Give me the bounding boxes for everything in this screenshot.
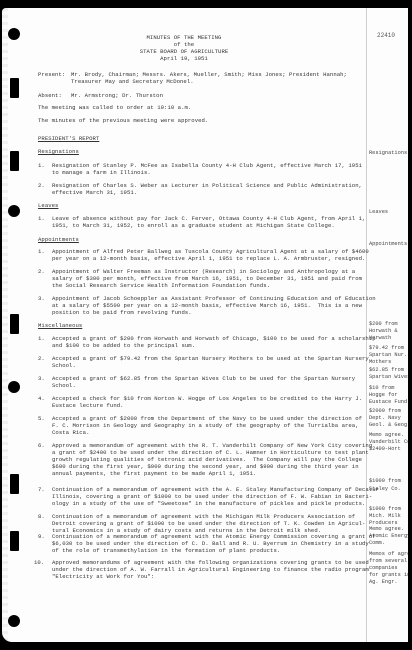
leaves-heading: Leaves xyxy=(38,202,58,209)
absent-text: Mr. Armstrong; Dr. Thurston xyxy=(71,92,163,99)
item-number: 2. xyxy=(38,355,45,362)
miscellaneous-heading: Miscellaneous xyxy=(38,322,82,329)
margin-note: companies xyxy=(369,565,398,572)
punch-slot-icon xyxy=(10,314,19,334)
meeting-date: April 19, 1951 xyxy=(2,55,366,62)
margin-note: Memo agree. xyxy=(369,432,404,439)
margin-note: Horwath & xyxy=(369,328,398,335)
margin-note: for grants in xyxy=(369,572,408,579)
item-number: 5. xyxy=(38,415,45,422)
item-number: 2. xyxy=(38,268,45,275)
document-page: 22410 MINUTES OF THE MEETING of the STAT… xyxy=(2,8,408,642)
margin-note: from several xyxy=(369,558,407,565)
punch-slot-icon xyxy=(10,474,19,494)
item-number: 9. xyxy=(38,533,45,540)
item-number: 1. xyxy=(38,215,45,222)
item-text: to manage a farm in Illinois. xyxy=(52,169,151,176)
margin-note-leaves: Leaves xyxy=(369,209,388,216)
margin-note: Mothers xyxy=(369,359,391,366)
item-number: 1. xyxy=(38,248,45,255)
punch-slot-icon xyxy=(10,78,19,98)
item-text: School. xyxy=(52,362,76,369)
margin-note: $2400-Hort xyxy=(369,446,401,453)
margin-note: Horwath xyxy=(369,335,391,342)
item-text: effective March 31, 1951. xyxy=(52,189,137,196)
item-text: Accepted a grant of $62.85 from the Spar… xyxy=(52,375,355,382)
item-text: F. C. Morrison in Geology and Geography … xyxy=(52,422,359,429)
item-text: School. xyxy=(52,382,76,389)
absent-label: Absent: xyxy=(38,92,62,99)
page-number: 22410 xyxy=(377,32,395,39)
item-number: 1. xyxy=(38,335,45,342)
minutes-approved: The minutes of the previous meeting were… xyxy=(38,117,208,124)
resignations-heading: Resignations xyxy=(38,148,79,155)
item-number: 7. xyxy=(38,486,45,493)
item-text: and $100 to be added to the principal su… xyxy=(52,342,195,349)
margin-note: $200 from xyxy=(369,321,398,328)
present-label: Present: xyxy=(38,71,65,78)
punch-slot-icon xyxy=(10,151,19,171)
item-text: annual payments, the first payment to be… xyxy=(52,470,256,477)
item-number: 3. xyxy=(38,375,45,382)
item-number: 6. xyxy=(38,442,45,449)
margin-note: $79.42 from xyxy=(369,345,404,352)
punch-hole-icon xyxy=(8,615,20,627)
margin-note: Geol. & Geog xyxy=(369,422,407,429)
item-number: 1. xyxy=(38,162,45,169)
margin-note: Dept. Navy xyxy=(369,415,401,422)
item-text: of the role of transmethylation in the f… xyxy=(52,547,280,554)
margin-note: Memos of agree xyxy=(369,551,408,558)
margin-note-appointments: Appointments xyxy=(369,241,407,248)
present-line-2: Treasurer May and Secretary McDonel. xyxy=(71,78,194,85)
margin-note: Ag. Engr. xyxy=(369,579,398,586)
margin-note: $10 from xyxy=(369,385,394,392)
punch-slot-icon xyxy=(10,531,19,551)
margin-note: $1000 from xyxy=(369,506,401,513)
item-number: 3. xyxy=(38,295,45,302)
appointments-heading: Appointments xyxy=(38,236,79,243)
margin-note: Eustace Fund xyxy=(369,399,407,406)
item-number: 2. xyxy=(38,182,45,189)
item-text: the Social Research Service Health Infor… xyxy=(52,282,270,289)
margin-note: Vanderbilt Co xyxy=(369,439,408,446)
item-text: "Electricity at Work for You": xyxy=(52,573,154,580)
called-to-order: The meeting was called to order at 10:10… xyxy=(38,104,191,111)
item-text: ology in a study of the use of "Sweetose… xyxy=(52,500,365,507)
margin-note: Memo agree. xyxy=(369,526,404,533)
item-text: position to be paid from revolving funds… xyxy=(52,309,192,316)
item-text: Accepted a grant of $79.42 from the Spar… xyxy=(52,355,369,362)
margin-note: Spartan Nur. xyxy=(369,352,407,359)
item-text: per year on a 12-month basis, effective … xyxy=(52,255,365,262)
margin-note: $1000 from xyxy=(369,478,401,485)
presidents-report-heading: PRESIDENT'S REPORT xyxy=(38,135,99,142)
margin-note-resignations: Resignations xyxy=(369,150,407,157)
punch-hole-icon xyxy=(8,205,20,217)
margin-note: $2000 from xyxy=(369,408,401,415)
punch-hole-icon xyxy=(8,381,20,393)
item-text: Eustace lecture fund. xyxy=(52,402,124,409)
margin-note: Staley Co. xyxy=(369,486,401,493)
item-text: Costa Rica. xyxy=(52,429,89,436)
margin-note: $62.85 from xyxy=(369,367,404,374)
item-number: 8. xyxy=(38,513,45,520)
margin-note: Mich. Milk xyxy=(369,513,401,520)
paper-edge xyxy=(2,8,8,642)
item-text: 1951, to March 31, 1952, to enroll as a … xyxy=(52,222,335,229)
item-number: 10. xyxy=(34,559,44,566)
margin-note: Hogge for xyxy=(369,392,398,399)
margin-note: Spartan Wives xyxy=(369,374,408,381)
margin-note: Comm. xyxy=(369,540,385,547)
item-number: 4. xyxy=(38,395,45,402)
margin-note: Atomic Energy xyxy=(369,533,408,540)
